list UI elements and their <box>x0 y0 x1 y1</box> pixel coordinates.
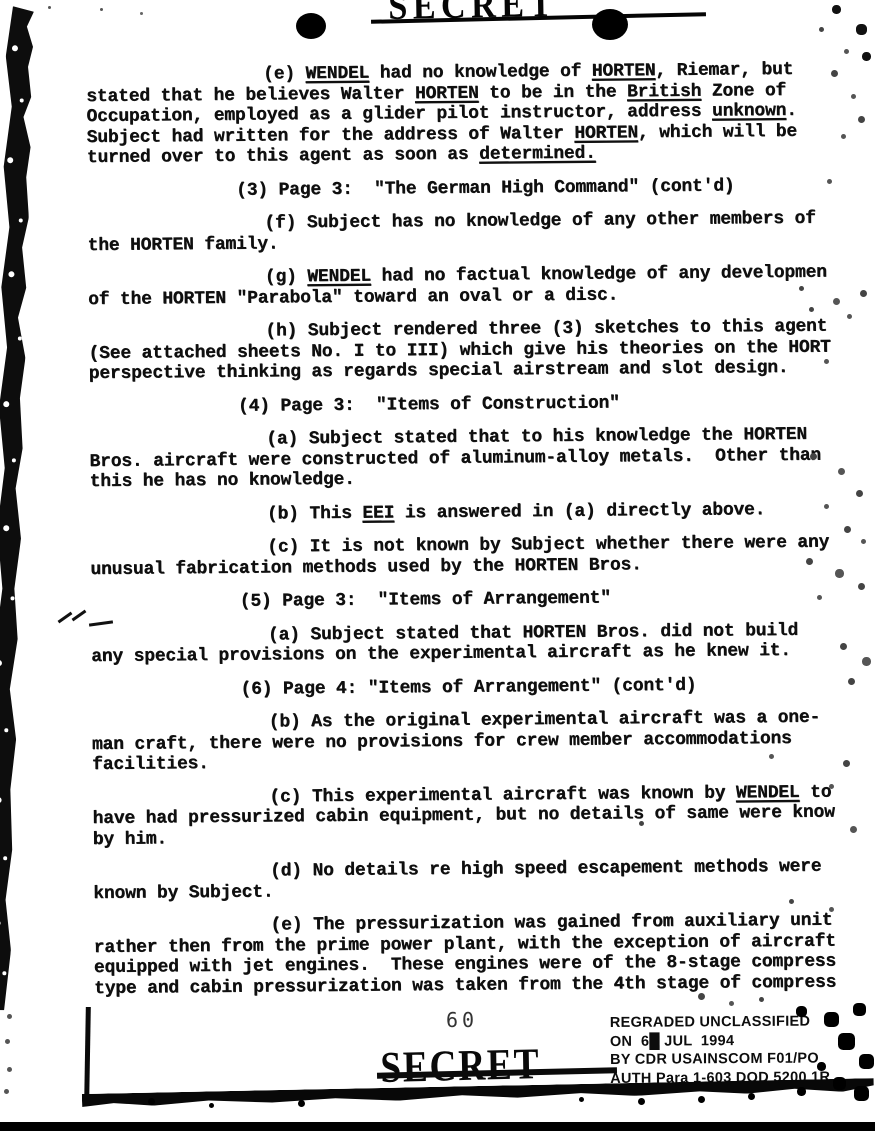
regrade-stamp: REGRADED UNCLASSIFIEDON 6█ JUL 1994BY CD… <box>610 1012 875 1088</box>
text-line: (4) Page 3: "Items of Construction" <box>89 391 869 418</box>
paragraph: (c) This experimental aircraft was known… <box>92 782 873 850</box>
paragraph: (d) No details re high speed escapement … <box>93 856 873 904</box>
section-heading: (3) Page 3: "The German High Command" (c… <box>87 175 867 202</box>
section-heading: (5) Page 3: "Items of Arrangement" <box>91 586 871 613</box>
stamp-line: REGRADED UNCLASSIFIED <box>610 1012 875 1032</box>
text-line: (6) Page 4: "Items of Arrangement" (cont… <box>91 674 871 701</box>
paragraph: (e) The pressurization was gained from a… <box>93 910 874 999</box>
paragraph: (a) Subject stated that to his knowledge… <box>89 424 870 492</box>
stamp-line: BY CDR USAINSCOM F01/PO <box>610 1049 875 1069</box>
scan-noise <box>4 6 8 10</box>
bottom-secret-stamp: SECRET <box>380 1042 541 1090</box>
paragraph: (c) It is not known by Subject whether t… <box>90 532 870 580</box>
text-line: (5) Page 3: "Items of Arrangement" <box>91 586 871 613</box>
left-scan-artifact <box>0 6 34 1010</box>
paragraph: (e) WENDEL had no knowledge of HORTEN, R… <box>86 59 867 168</box>
document-body: (e) WENDEL had no knowledge of HORTEN, R… <box>86 59 874 999</box>
stamp-line: ON 6█ JUL 1994 <box>610 1031 875 1051</box>
page-number: 60 <box>446 1008 478 1032</box>
pen-mark <box>72 610 87 622</box>
paragraph: (f) Subject has no knowledge of any othe… <box>87 208 867 256</box>
section-heading: (4) Page 3: "Items of Construction" <box>89 391 869 418</box>
scan-noise <box>0 0 3 3</box>
text-line: (b) This EEI is answered in (a) directly… <box>90 499 870 526</box>
bottom-scan-bar <box>0 1122 875 1131</box>
paragraph: (a) Subject stated that HORTEN Bros. did… <box>91 620 871 668</box>
paragraph: (b) As the original experimental aircraf… <box>92 707 873 775</box>
section-heading: (6) Page 4: "Items of Arrangement" (cont… <box>91 674 871 701</box>
hole-punch-dot <box>296 13 326 39</box>
paragraph: (b) This EEI is answered in (a) directly… <box>90 499 870 526</box>
top-secret-stamp: SECRET <box>388 0 558 29</box>
paragraph: (h) Subject rendered three (3) sketches … <box>88 316 869 384</box>
hole-punch-dot <box>592 9 628 40</box>
scanned-document-page: SECRET (e) WENDEL had no knowledge of HO… <box>0 0 875 1135</box>
pen-mark <box>58 612 73 624</box>
page-corner-line <box>84 1007 91 1102</box>
paragraph: (g) WENDEL had no factual knowledge of a… <box>88 262 868 310</box>
text-line: (3) Page 3: "The German High Command" (c… <box>87 175 867 202</box>
